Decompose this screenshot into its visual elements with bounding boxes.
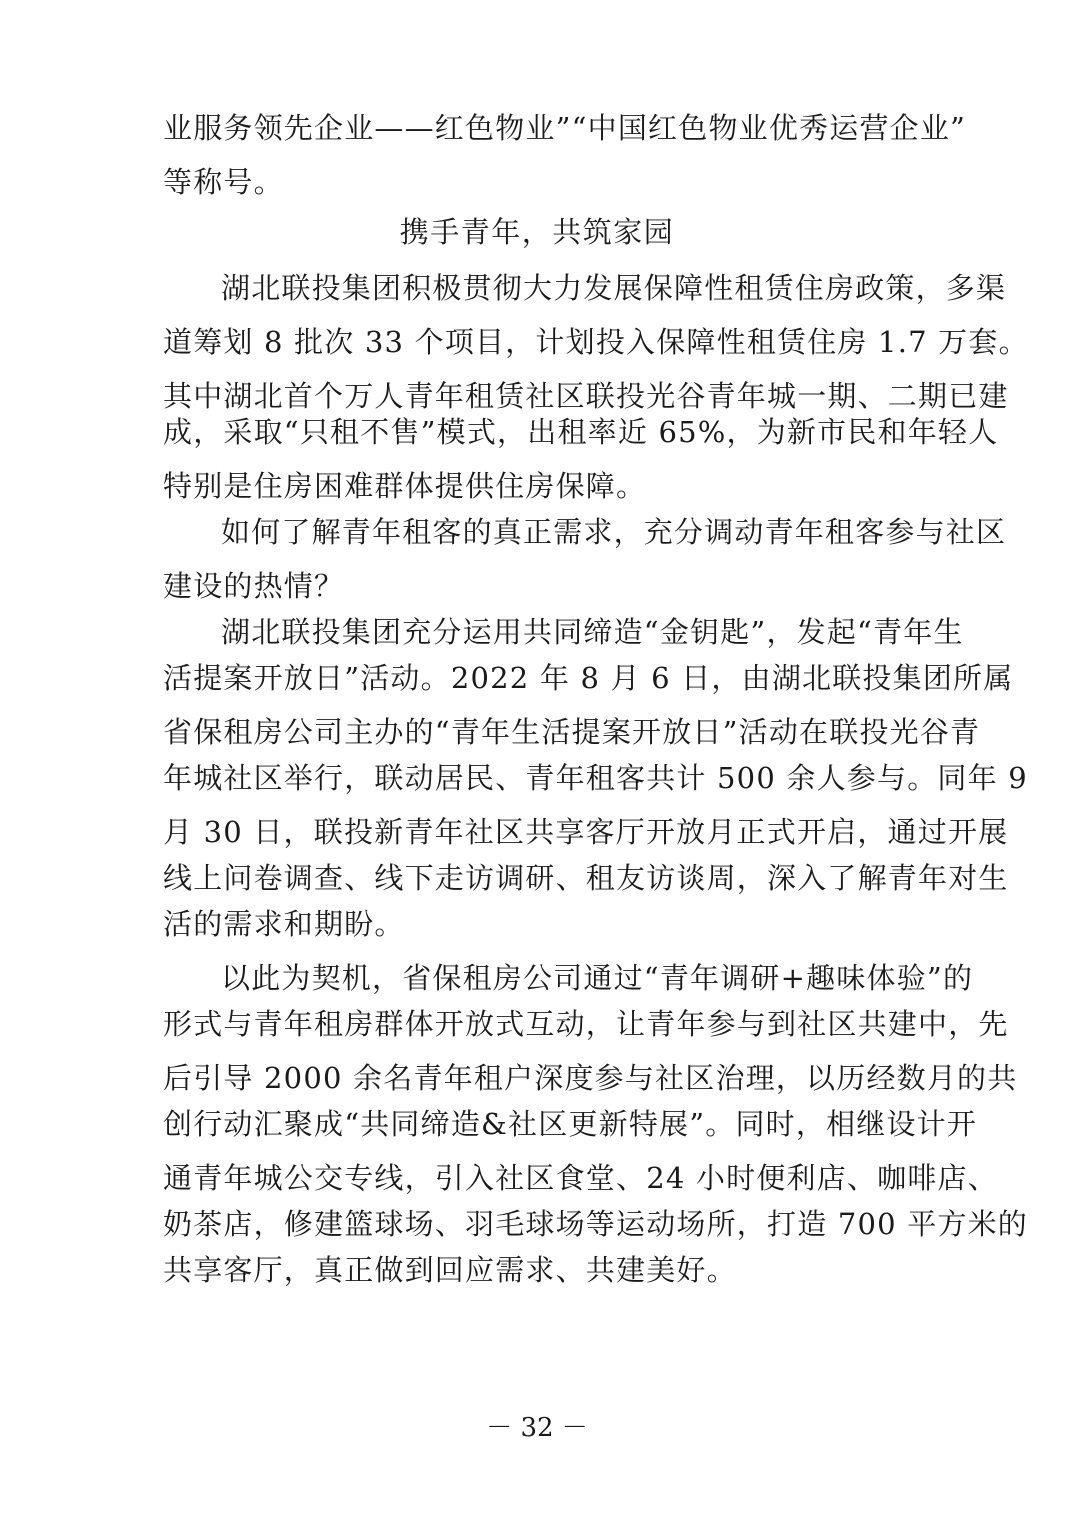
text-line: 湖北联投集团积极贯彻大力发展保障性租赁住房政策，多渠: [221, 268, 913, 308]
page-number: － 32 －: [0, 1410, 1074, 1446]
text-line: 形式与青年租房群体开放式互动，让青年参与到社区共建中，先: [163, 1004, 913, 1044]
text-line: 湖北联投集团充分运用共同缔造“金钥匙”，发起“青年生: [221, 612, 913, 652]
section-heading: 携手青年，共筑家园: [0, 212, 1074, 252]
text-line: 通青年城公交专线，引入社区食堂、24 小时便利店、咖啡店、: [163, 1158, 913, 1198]
text-line: 共享客厅，真正做到回应需求、共建美好。: [163, 1250, 913, 1290]
text-line: 省保租房公司主办的“青年生活提案开放日”活动在联投光谷青: [163, 712, 913, 752]
text-line: 成，采取“只租不售”模式，出租率近 65%，为新市民和年轻人: [163, 412, 913, 452]
text-line: 年城社区举行，联动居民、青年租客共计 500 余人参与。同年 9: [163, 758, 913, 798]
text-line: 创行动汇聚成“共同缔造&社区更新特展”。同时，相继设计开: [163, 1104, 913, 1144]
text-line: 其中湖北首个万人青年租赁社区联投光谷青年城一期、二期已建: [163, 376, 913, 416]
text-line: 奶茶店，修建篮球场、羽毛球场等运动场所，打造 700 平方米的: [163, 1204, 913, 1244]
text-line: 业服务领先企业——红色物业”“中国红色物业优秀运营企业”: [163, 108, 913, 148]
text-line: 特别是住房困难群体提供住房保障。: [163, 466, 913, 506]
text-line: 如何了解青年租客的真正需求，充分调动青年租客参与社区: [221, 512, 913, 552]
text-line: 活的需求和期盼。: [163, 904, 913, 944]
text-line: 建设的热情？: [163, 566, 913, 606]
text-line: 活提案开放日”活动。2022 年 8 月 6 日，由湖北联投集团所属: [163, 658, 913, 698]
text-line: 月 30 日，联投新青年社区共享客厅开放月正式开启，通过开展: [163, 812, 913, 852]
text-line: 后引导 2000 余名青年租户深度参与社区治理，以历经数月的共: [163, 1058, 913, 1098]
text-line: 道筹划 8 批次 33 个项目，计划投入保障性租赁住房 1.7 万套。: [163, 322, 913, 362]
text-line: 等称号。: [163, 162, 913, 202]
document-page: 业服务领先企业——红色物业”“中国红色物业优秀运营企业”等称号。湖北联投集团积极…: [0, 0, 1074, 1520]
text-line: 以此为契机，省保租房公司通过“青年调研+趣味体验”的: [221, 958, 913, 998]
text-line: 线上问卷调查、线下走访调研、租友访谈周，深入了解青年对生: [163, 858, 913, 898]
